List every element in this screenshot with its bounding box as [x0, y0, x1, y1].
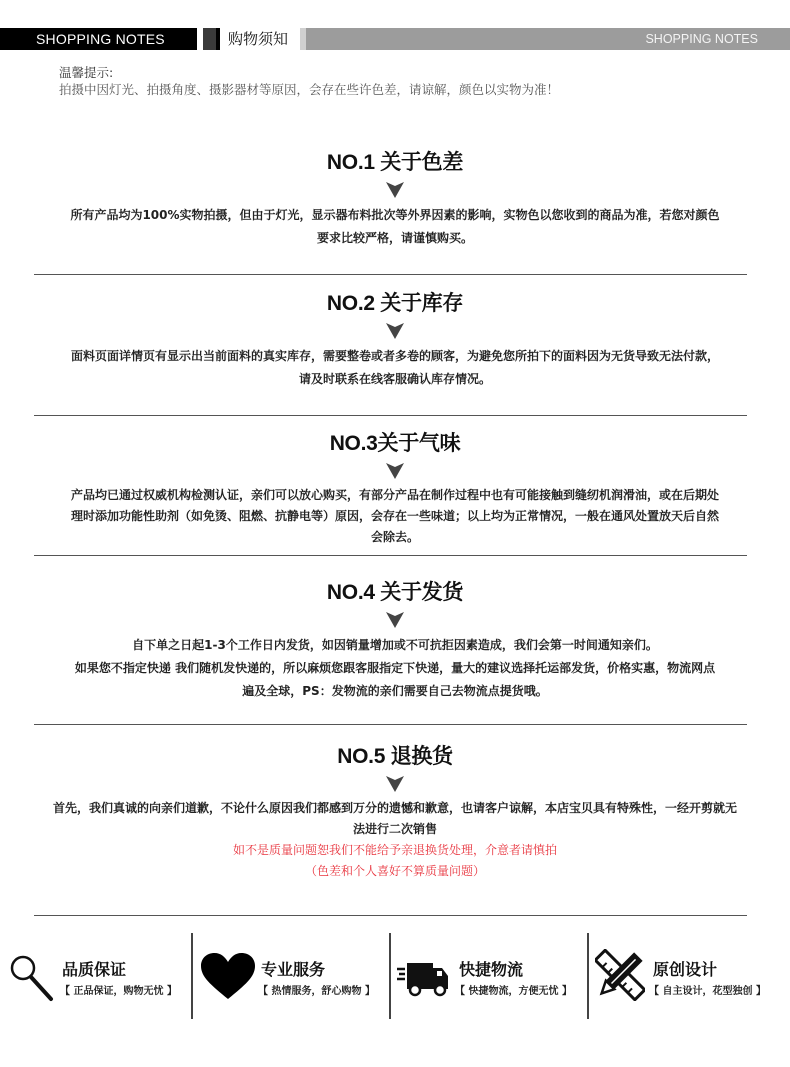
section-text-line: 自下单之日起1-3个工作日内发货，如因销量增加或不可抗拒因素造成，我们会第一时间… [0, 634, 790, 657]
section-text-line: 会除去。 [0, 527, 790, 548]
divider [34, 274, 747, 275]
section-title: NO.5 退换货 [0, 744, 790, 770]
tip-block: 温馨提示: 拍摄中因灯光、拍摄角度、摄影器材等原因，会存在些许色差，请谅解，颜色… [59, 64, 559, 98]
section-color-difference: NO.1 关于色差 所有产品均为100%实物拍摄，但由于灯光，显示器布料批次等外… [0, 150, 790, 250]
divider [34, 415, 747, 416]
section-text-line: 如果您不指定快递 我们随机发快递的，所以麻烦您跟客服指定下快递，量大的建议选择托… [0, 657, 790, 680]
section-text-line: 面料页面详情页有显示出当前面料的真实库存，需要整卷或者多卷的顾客，为避免您所拍下… [0, 345, 790, 368]
section-title: NO.2 关于库存 [0, 291, 790, 317]
header-bar: SHOPPING NOTES 购物须知 SHOPPING NOTES [0, 28, 790, 50]
section-text-line: 法进行二次销售 [0, 819, 790, 840]
tip-label: 温馨提示: [59, 64, 559, 81]
chevron-down-icon [386, 776, 404, 792]
tip-text: 拍摄中因灯光、拍摄角度、摄影器材等原因，会存在些许色差，请谅解，颜色以实物为准！ [59, 81, 559, 98]
section-text-line: 所有产品均为100%实物拍摄，但由于灯光，显示器布料批次等外界因素的影响，实物色… [0, 204, 790, 227]
section-odor: NO.3关于气味 产品均已通过权威机构检测认证，亲们可以放心购买，有部分产品在制… [0, 431, 790, 548]
feature-quality: 品质保证 【 正品保证，购物无忧 】 [0, 933, 192, 1019]
section-text-line: 遍及全球，PS：发物流的亲们需要自己去物流点提货哦。 [0, 680, 790, 703]
chevron-down-icon [386, 463, 404, 479]
header-accent-line [216, 28, 220, 50]
magnifier-icon [8, 953, 56, 1003]
feature-subtitle: 【 热情服务，舒心购物 】 [258, 982, 375, 997]
feature-service: 专业服务 【 热情服务，舒心购物 】 [193, 933, 389, 1019]
feature-logistics: 快捷物流 【 快捷物流，方便无忧 】 [391, 933, 587, 1019]
chevron-down-icon [386, 182, 404, 198]
divider [34, 724, 747, 725]
header-right-label: SHOPPING NOTES [306, 28, 790, 50]
header-left-label: SHOPPING NOTES [0, 28, 197, 50]
section-title: NO.4 关于发货 [0, 580, 790, 606]
section-text-line: 产品均已通过权威机构检测认证，亲们可以放心购买，有部分产品在制作过程中也有可能接… [0, 485, 790, 506]
section-title: NO.3关于气味 [0, 431, 790, 457]
delivery-truck-icon [397, 963, 451, 997]
section-stock: NO.2 关于库存 面料页面详情页有显示出当前面料的真实库存，需要整卷或者多卷的… [0, 291, 790, 391]
warning-text-line: 如不是质量问题恕我们不能给予亲退换货处理，介意者请慎拍 [0, 840, 790, 861]
section-title: NO.1 关于色差 [0, 150, 790, 176]
page-title: 购物须知 [228, 28, 288, 50]
section-shipping: NO.4 关于发货 自下单之日起1-3个工作日内发货，如因销量增加或不可抗拒因素… [0, 580, 790, 703]
section-text-line: 首先，我们真诚的向亲们道歉，不论什么原因我们都感到万分的遗憾和歉意，也请客户谅解… [0, 798, 790, 819]
chevron-down-icon [386, 323, 404, 339]
feature-title: 快捷物流 [459, 957, 523, 980]
feature-title: 原创设计 [653, 957, 717, 980]
feature-subtitle: 【 正品保证，购物无忧 】 [60, 982, 177, 997]
divider [34, 915, 747, 916]
feature-subtitle: 【 快捷物流，方便无忧 】 [455, 982, 572, 997]
section-text-line: 要求比较严格，请谨慎购买。 [0, 227, 790, 250]
feature-title: 品质保证 [62, 957, 126, 980]
feature-title: 专业服务 [261, 957, 325, 980]
section-text-line: 理时添加功能性助剂（如免烫、阻燃、抗静电等）原因，会存在一些味道；以上均为正常情… [0, 506, 790, 527]
section-text-line: 请及时联系在线客服确认库存情况。 [0, 368, 790, 391]
divider [34, 555, 747, 556]
warning-text-line: （色差和个人喜好不算质量问题） [0, 861, 790, 882]
feature-design: 原创设计 【 自主设计，花型独创 】 [589, 933, 790, 1019]
header-accent-block [203, 28, 216, 50]
section-returns: NO.5 退换货 首先，我们真诚的向亲们道歉，不论什么原因我们都感到万分的遗憾和… [0, 744, 790, 882]
feature-subtitle: 【 自主设计，花型独创 】 [649, 982, 766, 997]
pencil-ruler-icon [595, 949, 645, 1001]
chevron-down-icon [386, 612, 404, 628]
heart-icon [201, 953, 255, 1001]
